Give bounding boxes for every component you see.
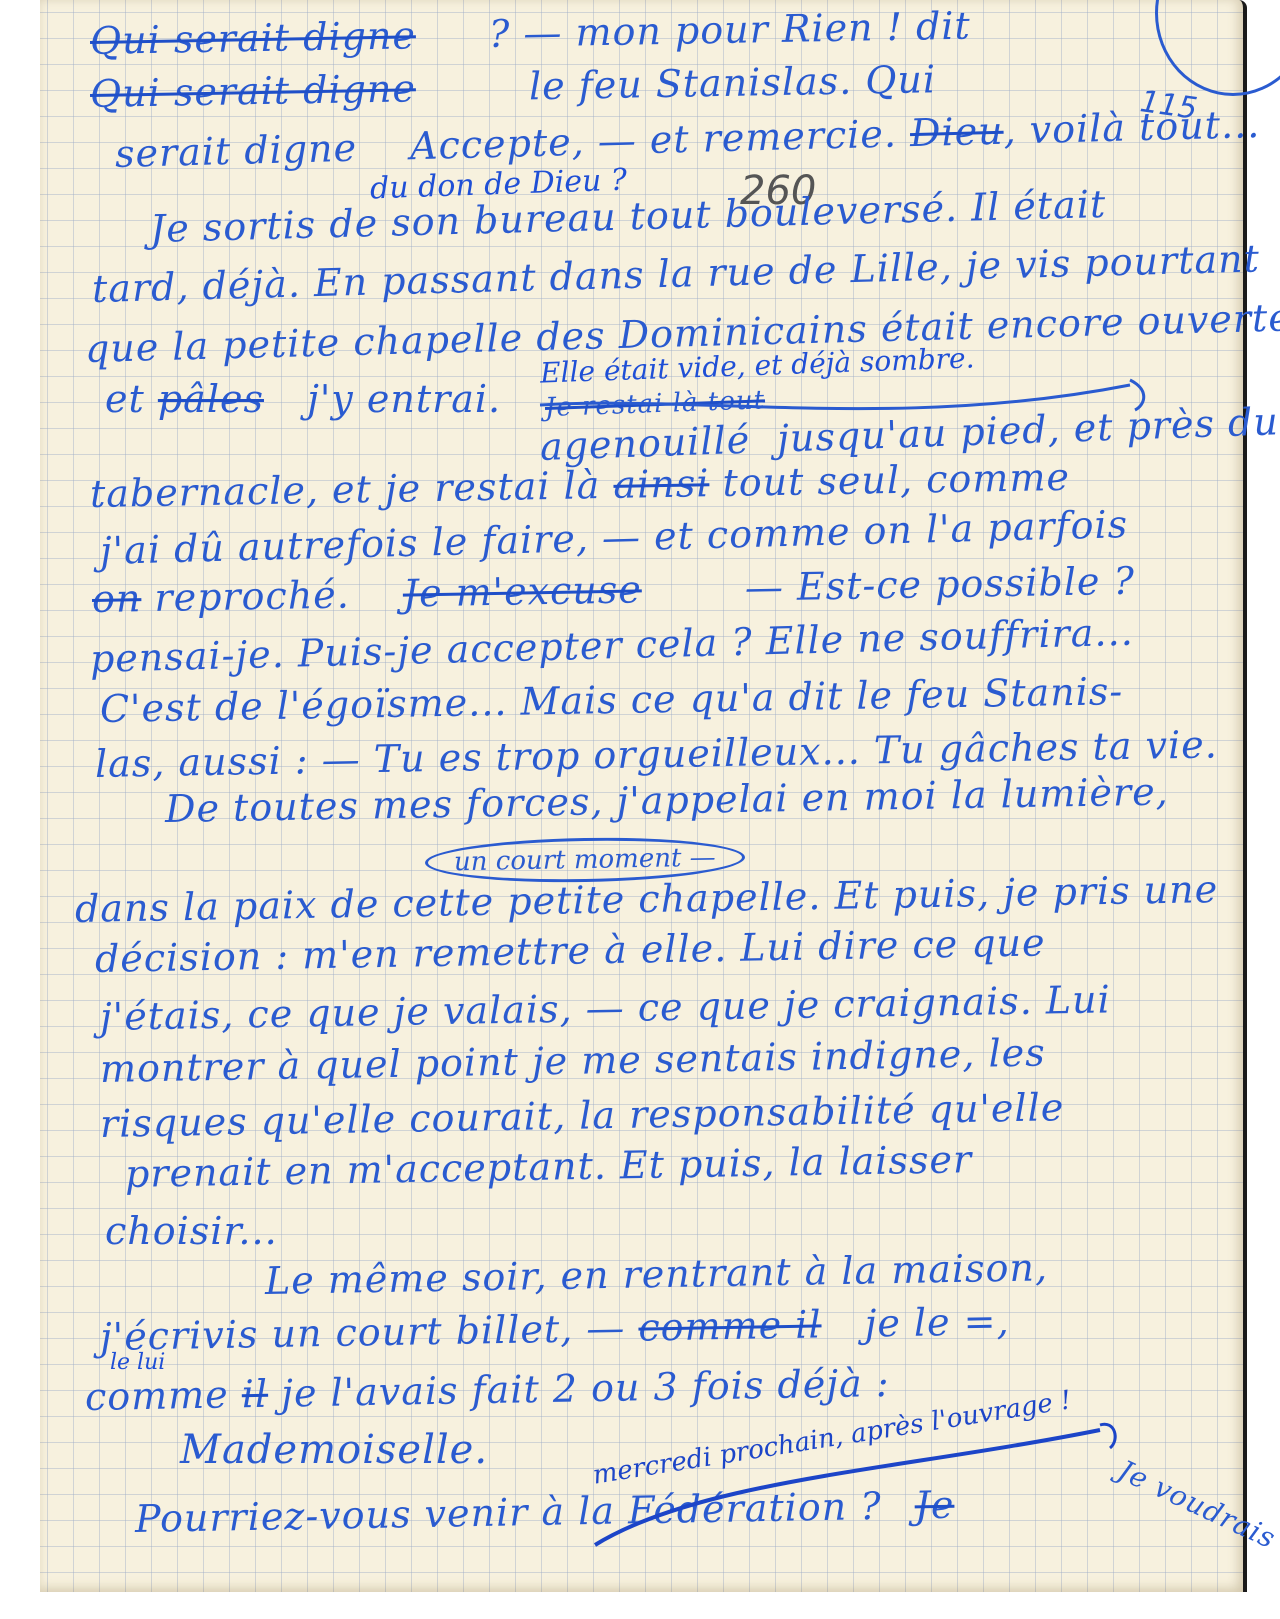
salutation: Mademoiselle. (180, 1427, 488, 1473)
struck-text: Qui serait digne (90, 66, 417, 116)
line-text: j'écrivis un court billet, — (100, 1306, 626, 1359)
line-text: serait digne (114, 126, 357, 176)
struck-text: il (241, 1372, 268, 1416)
struck-text: ainsi (613, 461, 710, 507)
line-text: le feu Stanislas. Qui (529, 57, 937, 108)
struck-text: Je m'excuse (402, 567, 642, 615)
line-text: tout seul, comme (722, 455, 1070, 505)
manuscript-line-27: Mademoiselle. (180, 1430, 488, 1470)
line-text: tabernacle, et je restai là (90, 463, 601, 516)
struck-insertion: Je restai là tout (545, 387, 766, 421)
struck-text: Dieu (909, 109, 1004, 155)
line-text: — Est-ce possible ? (744, 559, 1135, 610)
line-text: reproché. (154, 573, 350, 620)
struck-text: comme il (638, 1302, 822, 1349)
line-text: ? — mon pour Rien ! dit (489, 4, 972, 56)
line-text: choisir... (105, 1209, 278, 1253)
line-text: je le =, (864, 1299, 1010, 1346)
insertion-text: le lui (110, 1352, 165, 1374)
struck-text: pâles (158, 377, 264, 421)
line-text: et (105, 377, 145, 421)
line-text: j'y entrai. (307, 377, 501, 421)
line-text: , voilà tout... (1003, 102, 1261, 153)
manuscript-line-23: choisir... (105, 1212, 278, 1250)
manuscript-line-7: et pâles j'y entrai. (105, 380, 501, 418)
line-text: comme (85, 1372, 229, 1419)
struck-text: Je (914, 1483, 954, 1528)
struck-text: on (92, 576, 142, 621)
struck-text: Qui serait digne (90, 13, 417, 63)
